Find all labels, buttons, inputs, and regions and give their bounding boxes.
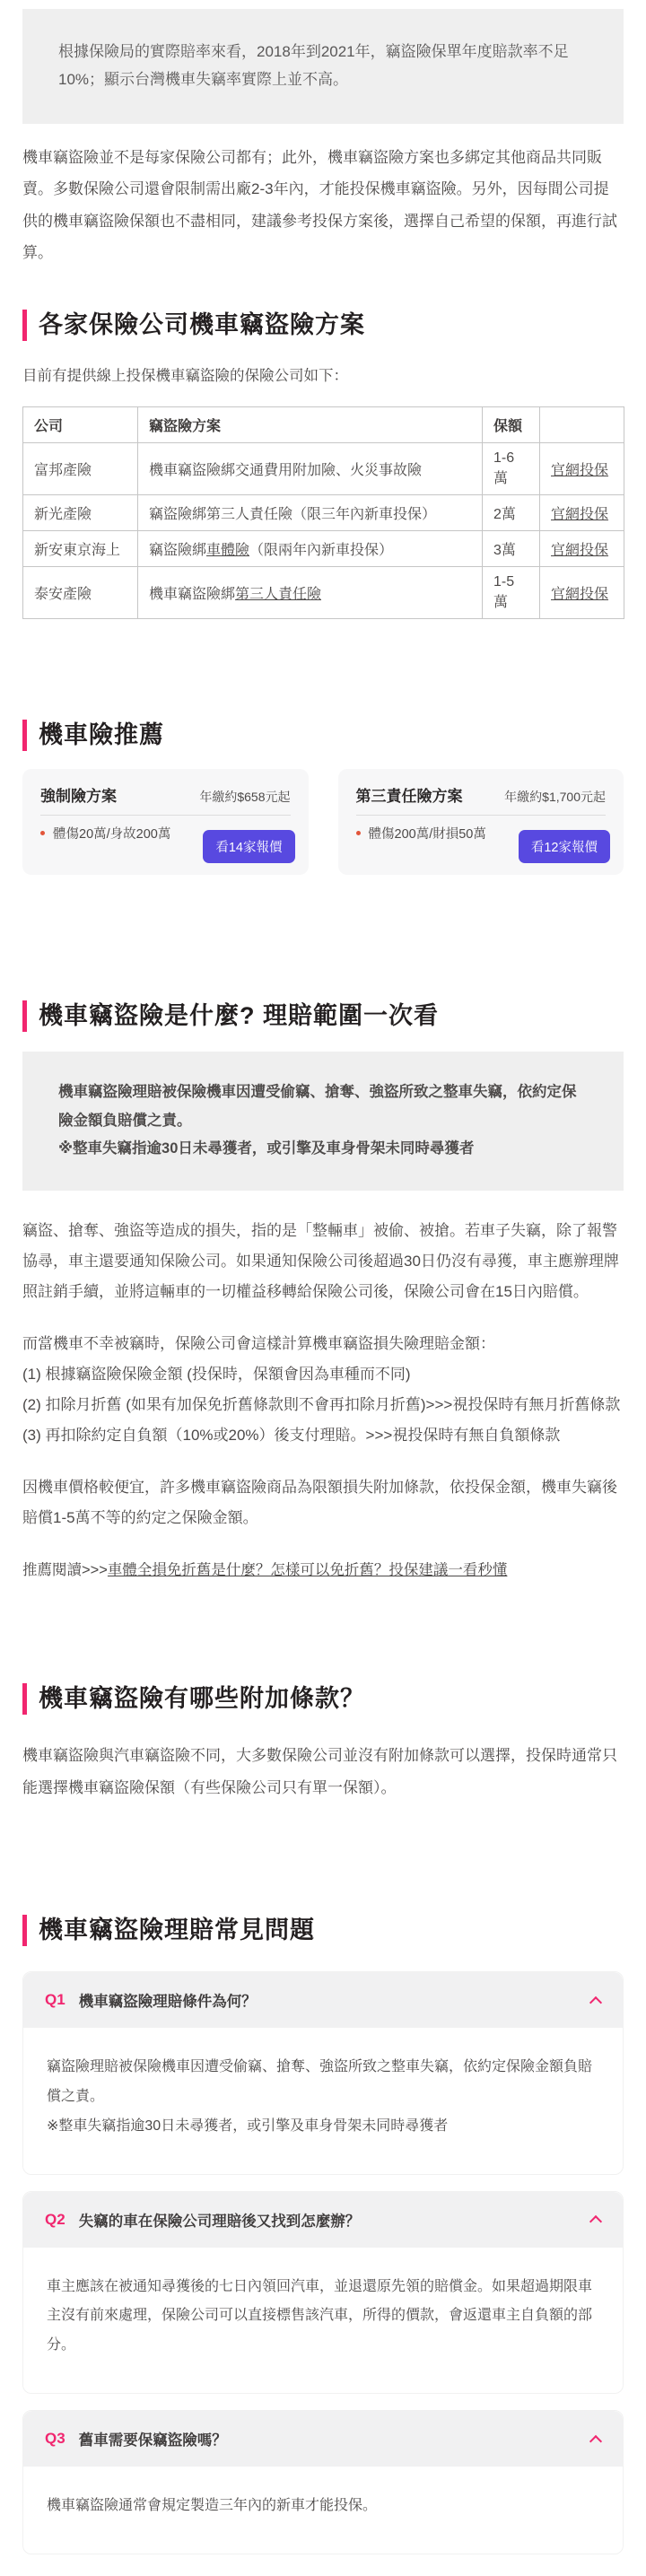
link-cell: 官網投保 [540,566,624,618]
plan-cell: 竊盜險綁第三人責任險（限三年內新車投保） [138,494,483,530]
definition-note: ※整車失竊指逾30日未尋獲者，或引擎及車身骨架未同時尋獲者 [58,1135,588,1164]
chevron-up-icon[interactable] [591,2434,601,2444]
question-number: Q1 [45,1991,65,2009]
section-title-recommend: 機車險推薦 [22,720,624,751]
plan-text: 竊盜險綁第三人責任險（限三年內新車投保） [149,507,436,522]
question-number: Q2 [45,2211,65,2229]
orange-dot-icon [356,831,361,835]
official-site-link[interactable]: 官網投保 [551,543,608,558]
plan-cell: 機車竊盜險綁交通費用附加險、火災事故險 [138,442,483,494]
read-more-line: 推薦閱讀>>>車體全損免折舊是什麼？怎樣可以免折舊？投保建議一看秒懂 [22,1557,624,1585]
company-cell: 新光產險 [23,494,138,530]
table-row: 富邦產險 機車竊盜險綁交通費用附加險、火災事故險 1-6萬 官網投保 [23,442,624,494]
read-more-prefix: 推薦閱讀>>> [22,1562,108,1578]
amount-cell: 1-5萬 [483,566,540,618]
column-header-amount: 保額 [483,406,540,442]
plan-card-third-party: 第三責任險方案 年繳約$1,700元起 體傷200萬/財損50萬 看12家報價 [338,769,624,875]
official-site-link[interactable]: 官網投保 [551,587,608,602]
section-title-what: 機車竊盜險是什麼? 理賠範圍一次看 [22,1000,624,1032]
plan-text-suffix: （限兩年內新車投保） [249,543,393,558]
answer-text: 車主應該在被通知尋獲後的七日內領回汽車，並退還原先領的賠償金。如果超過期限車主沒… [47,2273,599,2361]
chevron-up-icon[interactable] [591,2214,601,2224]
official-site-link[interactable]: 官網投保 [551,507,608,522]
article-page: 根據保險局的實際賠率來看，2018年到2021年，竊盜險保單年度賠款率不足10%… [0,0,646,2576]
what-paragraph-1: 竊盜、搶奪、強盜等造成的損失，指的是「整輛車」被偷、被搶。若車子失竊，除了報警協… [22,1216,624,1307]
table-row: 泰安產險 機車竊盜險綁第三人責任險 1-5萬 官網投保 [23,566,624,618]
company-cell: 新安東京海上 [23,530,138,566]
table-row: 新光產險 竊盜險綁第三人責任險（限三年內新車投保） 2萬 官網投保 [23,494,624,530]
faq-answer: 機車竊盜險通常會規定製造三年內的新車才能投保。 [23,2467,623,2554]
amount-cell: 2萬 [483,494,540,530]
company-cell: 富邦產險 [23,442,138,494]
definition-box: 機車竊盜險理賠被保險機車因遭受偷竊、搶奪、強盜所致之整車失竊，依約定保險金額負賠… [22,1052,624,1191]
definition-main: 機車竊盜險理賠被保險機車因遭受偷竊、搶奪、強盜所致之整車失竊，依約定保險金額負賠… [58,1078,588,1135]
faq-question-header[interactable]: Q1 機車竊盜險理賠條件為何？ [23,1972,623,2028]
faq-answer: 車主應該在被通知尋獲後的七日內領回汽車，並退還原先領的賠償金。如果超過期限車主沒… [23,2248,623,2393]
section-title-faq: 機車竊盜險理賠常見問題 [22,1915,624,1946]
feature-text: 體傷20萬/身故200萬 [53,824,170,843]
chevron-up-icon[interactable] [591,1995,601,2005]
faq-list: Q1 機車竊盜險理賠條件為何？ 竊盜險理賠被保險機車因遭受偷竊、搶奪、強盜所致之… [22,1971,624,2554]
company-cell: 泰安產險 [23,566,138,618]
column-header-company: 公司 [23,406,138,442]
link-cell: 官網投保 [540,442,624,494]
section-title-clauses: 機車竊盜險有哪些附加條款？ [22,1683,624,1715]
column-header-plan: 竊盜險方案 [138,406,483,442]
section-title-plans: 各家保險公司機車竊盜險方案 [22,310,624,341]
table-header-row: 公司 竊盜險方案 保額 [23,406,624,442]
plan-inline-link[interactable]: 車體險 [206,543,249,558]
calc-intro: 而當機車不幸被竊時，保險公司會這樣計算機車竊盜損失險理賠金額： [22,1329,624,1359]
recommended-article-link[interactable]: 車體全損免折舊是什麼？怎樣可以免折舊？投保建議一看秒懂 [108,1562,508,1578]
calc-item-3: (3) 再扣除約定自負額（10%或20%）後支付理賠。>>>視投保時有無自負額條… [22,1420,624,1451]
feature-text: 體傷200萬/財損50萬 [369,824,486,843]
plans-table: 公司 竊盜險方案 保額 富邦產險 機車竊盜險綁交通費用附加險、火災事故險 1-6… [22,406,624,619]
calc-item-2: (2) 扣除月折舊 (如果有加保免折舊條款則不會再扣除月折舊)>>>視投保時有無… [22,1390,624,1420]
faq-item-2: Q2 失竊的車在保險公司理賠後又找到怎麼辦？ 車主應該在被通知尋獲後的七日內領回… [22,2191,624,2394]
clauses-paragraph: 機車竊盜險與汽車竊盜險不同，大多數保險公司並沒有附加條款可以選擇，投保時通常只能… [22,1740,624,1803]
column-header-empty [540,406,624,442]
faq-question-header[interactable]: Q2 失竊的車在保險公司理賠後又找到怎麼辦？ [23,2192,623,2248]
question-text: 機車竊盜險理賠條件為何？ [79,1989,257,2011]
faq-item-3: Q3 舊車需要保竊盜險嗎？ 機車竊盜險通常會規定製造三年內的新車才能投保。 [22,2410,624,2554]
what-paragraph-3: 因機車價格較便宜，許多機車竊盜險商品為限額損失附加條款，依投保金額，機車失竊後賠… [22,1472,624,1533]
plans-lead-text: 目前有提供線上投保機車竊盜險的保險公司如下： [22,364,624,388]
plan-text: 機車竊盜險綁 [149,587,235,602]
amount-cell: 1-6萬 [483,442,540,494]
plan-card-compulsory: 強制險方案 年繳約$658元起 體傷20萬/身故200萬 看14家報價 [22,769,309,875]
question-number: Q3 [45,2430,65,2448]
faq-question-header[interactable]: Q3 舊車需要保竊盜險嗎？ [23,2411,623,2467]
claim-calculation-block: 而當機車不幸被竊時，保險公司會這樣計算機車竊盜損失險理賠金額： (1) 根據竊盜… [22,1329,624,1451]
card-header: 第三責任險方案 年繳約$1,700元起 [356,783,607,806]
table-row: 新安東京海上 竊盜險綁車體險（限兩年內新車投保） 3萬 官網投保 [23,530,624,566]
answer-note: ※整車失竊指逾30日未尋獲者，或引擎及車身骨架未同時尋獲者 [47,2112,599,2142]
amount-cell: 3萬 [483,530,540,566]
card-title: 第三責任險方案 [356,783,463,806]
card-divider [356,815,607,816]
answer-text: 竊盜險理賠被保險機車因遭受偷竊、搶奪、強盜所致之整車失竊，依約定保險金額負賠償之… [47,2053,599,2112]
card-divider [40,815,291,816]
quote-text: 根據保險局的實際賠率來看，2018年到2021年，竊盜險保單年度賠款率不足10%… [58,43,569,88]
faq-answer: 竊盜險理賠被保險機車因遭受偷竊、搶奪、強盜所致之整車失竊，依約定保險金額負賠償之… [23,2028,623,2173]
orange-dot-icon [40,831,45,835]
link-cell: 官網投保 [540,530,624,566]
intro-paragraph: 機車竊盜險並不是每家保險公司都有；此外，機車竊盜險方案也多綁定其他商品共同販賣。… [22,142,624,268]
plan-inline-link[interactable]: 第三人責任險 [235,587,321,602]
plan-cell: 機車竊盜險綁第三人責任險 [138,566,483,618]
official-site-link[interactable]: 官網投保 [551,463,608,478]
recommend-cards: 強制險方案 年繳約$658元起 體傷20萬/身故200萬 看14家報價 第三責任… [22,769,624,875]
plan-text: 竊盜險綁 [149,543,206,558]
card-title: 強制險方案 [40,783,117,806]
view-quotes-button[interactable]: 看12家報價 [519,830,610,863]
plan-text: 機車竊盜險綁交通費用附加險、火災事故險 [149,463,422,478]
plan-cell: 竊盜險綁車體險（限兩年內新車投保） [138,530,483,566]
answer-text: 機車竊盜險通常會規定製造三年內的新車才能投保。 [47,2492,599,2521]
card-price: 年繳約$658元起 [199,788,290,806]
question-text: 舊車需要保竊盜險嗎？ [79,2428,227,2449]
faq-item-1: Q1 機車竊盜險理賠條件為何？ 竊盜險理賠被保險機車因遭受偷竊、搶奪、強盜所致之… [22,1971,624,2174]
card-header: 強制險方案 年繳約$658元起 [40,783,291,806]
link-cell: 官網投保 [540,494,624,530]
question-text: 失竊的車在保險公司理賠後又找到怎麼辦？ [79,2209,361,2231]
view-quotes-button[interactable]: 看14家報價 [203,830,294,863]
calc-item-1: (1) 根據竊盜險保險金額 (投保時，保額會因為車種而不同) [22,1359,624,1390]
card-price: 年繳約$1,700元起 [504,788,606,806]
quote-box: 根據保險局的實際賠率來看，2018年到2021年，竊盜險保單年度賠款率不足10%… [22,9,624,124]
